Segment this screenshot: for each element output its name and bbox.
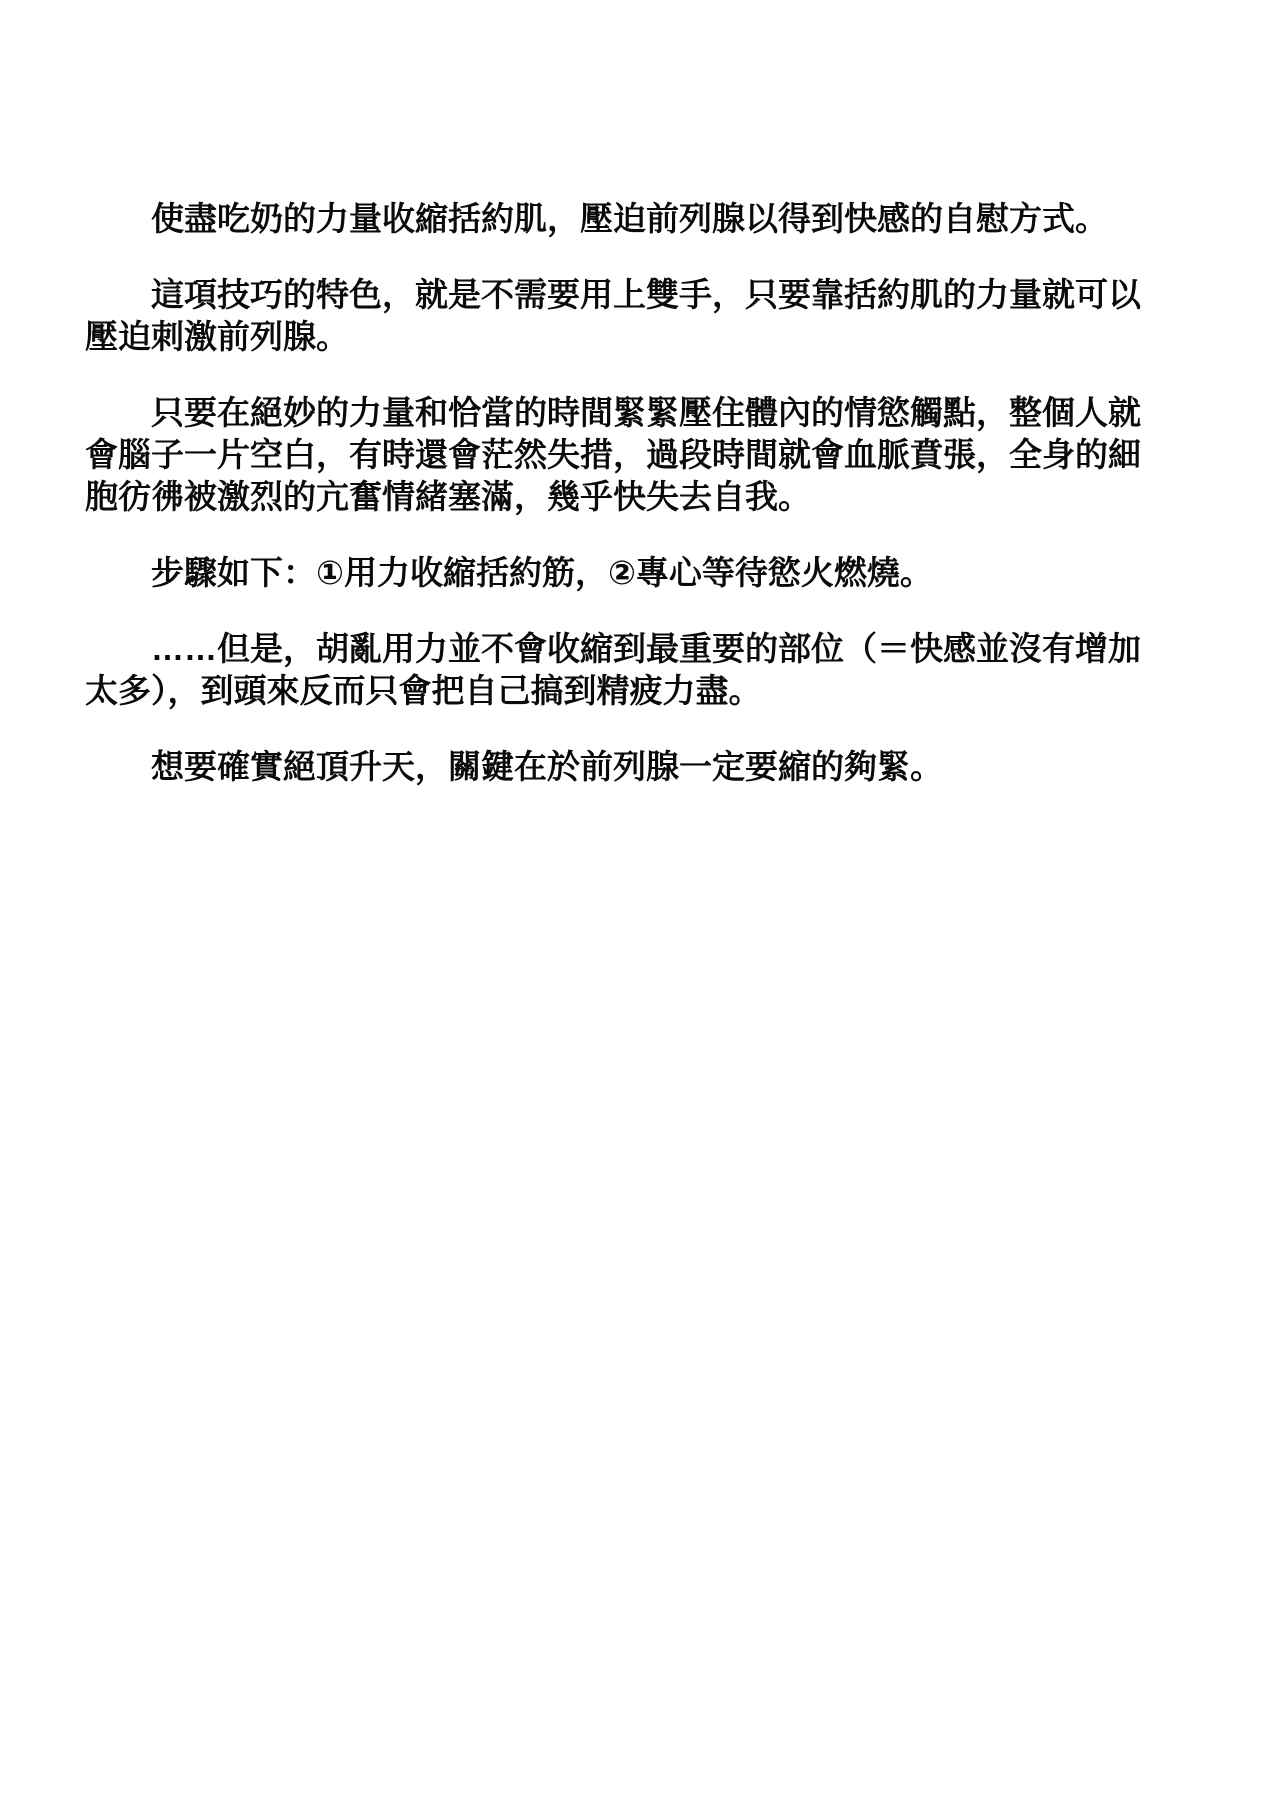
- paragraph-1: 使盡吃奶的力量收縮括約肌，壓迫前列腺以得到快感的自慰方式。: [85, 198, 1163, 240]
- paragraph-2: 這項技巧的特色，就是不需要用上雙手，只要靠括約肌的力量就可以壓迫刺激前列腺。: [85, 274, 1163, 358]
- document-page: 使盡吃奶的力量收縮括約肌，壓迫前列腺以得到快感的自慰方式。 這項技巧的特色，就是…: [0, 0, 1280, 1813]
- paragraph-4: 步驟如下：①用力收縮括約筋，②專心等待慾火燃燒。: [85, 552, 1163, 594]
- paragraph-6: 想要確實絕頂升天，關鍵在於前列腺一定要縮的夠緊。: [85, 746, 1163, 788]
- text-block: 使盡吃奶的力量收縮括約肌，壓迫前列腺以得到快感的自慰方式。 這項技巧的特色，就是…: [85, 198, 1163, 822]
- paragraph-5: ……但是，胡亂用力並不會收縮到最重要的部位（＝快感並沒有增加太多），到頭來反而只…: [85, 628, 1163, 712]
- paragraph-3: 只要在絕妙的力量和恰當的時間緊緊壓住體內的情慾觸點，整個人就會腦子一片空白，有時…: [85, 392, 1163, 518]
